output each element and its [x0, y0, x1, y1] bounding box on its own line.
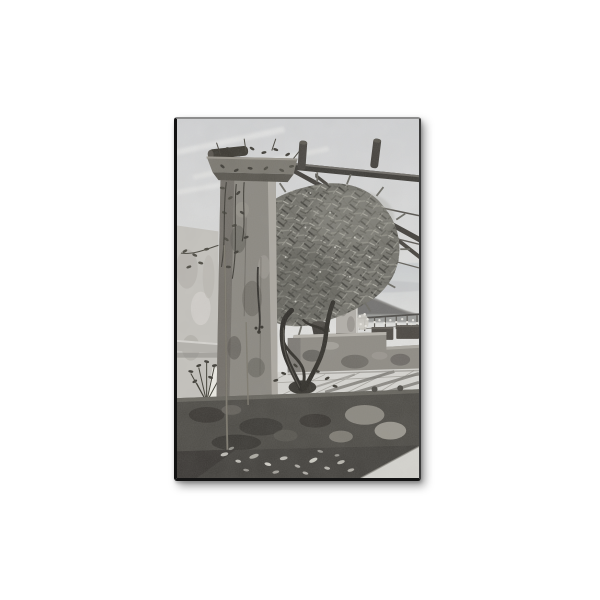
photo-grain-overlay — [177, 119, 419, 478]
framed-photo-print[interactable] — [174, 117, 421, 481]
photo-bw-terrace-scene — [177, 119, 419, 478]
product-image-background — [0, 0, 600, 600]
